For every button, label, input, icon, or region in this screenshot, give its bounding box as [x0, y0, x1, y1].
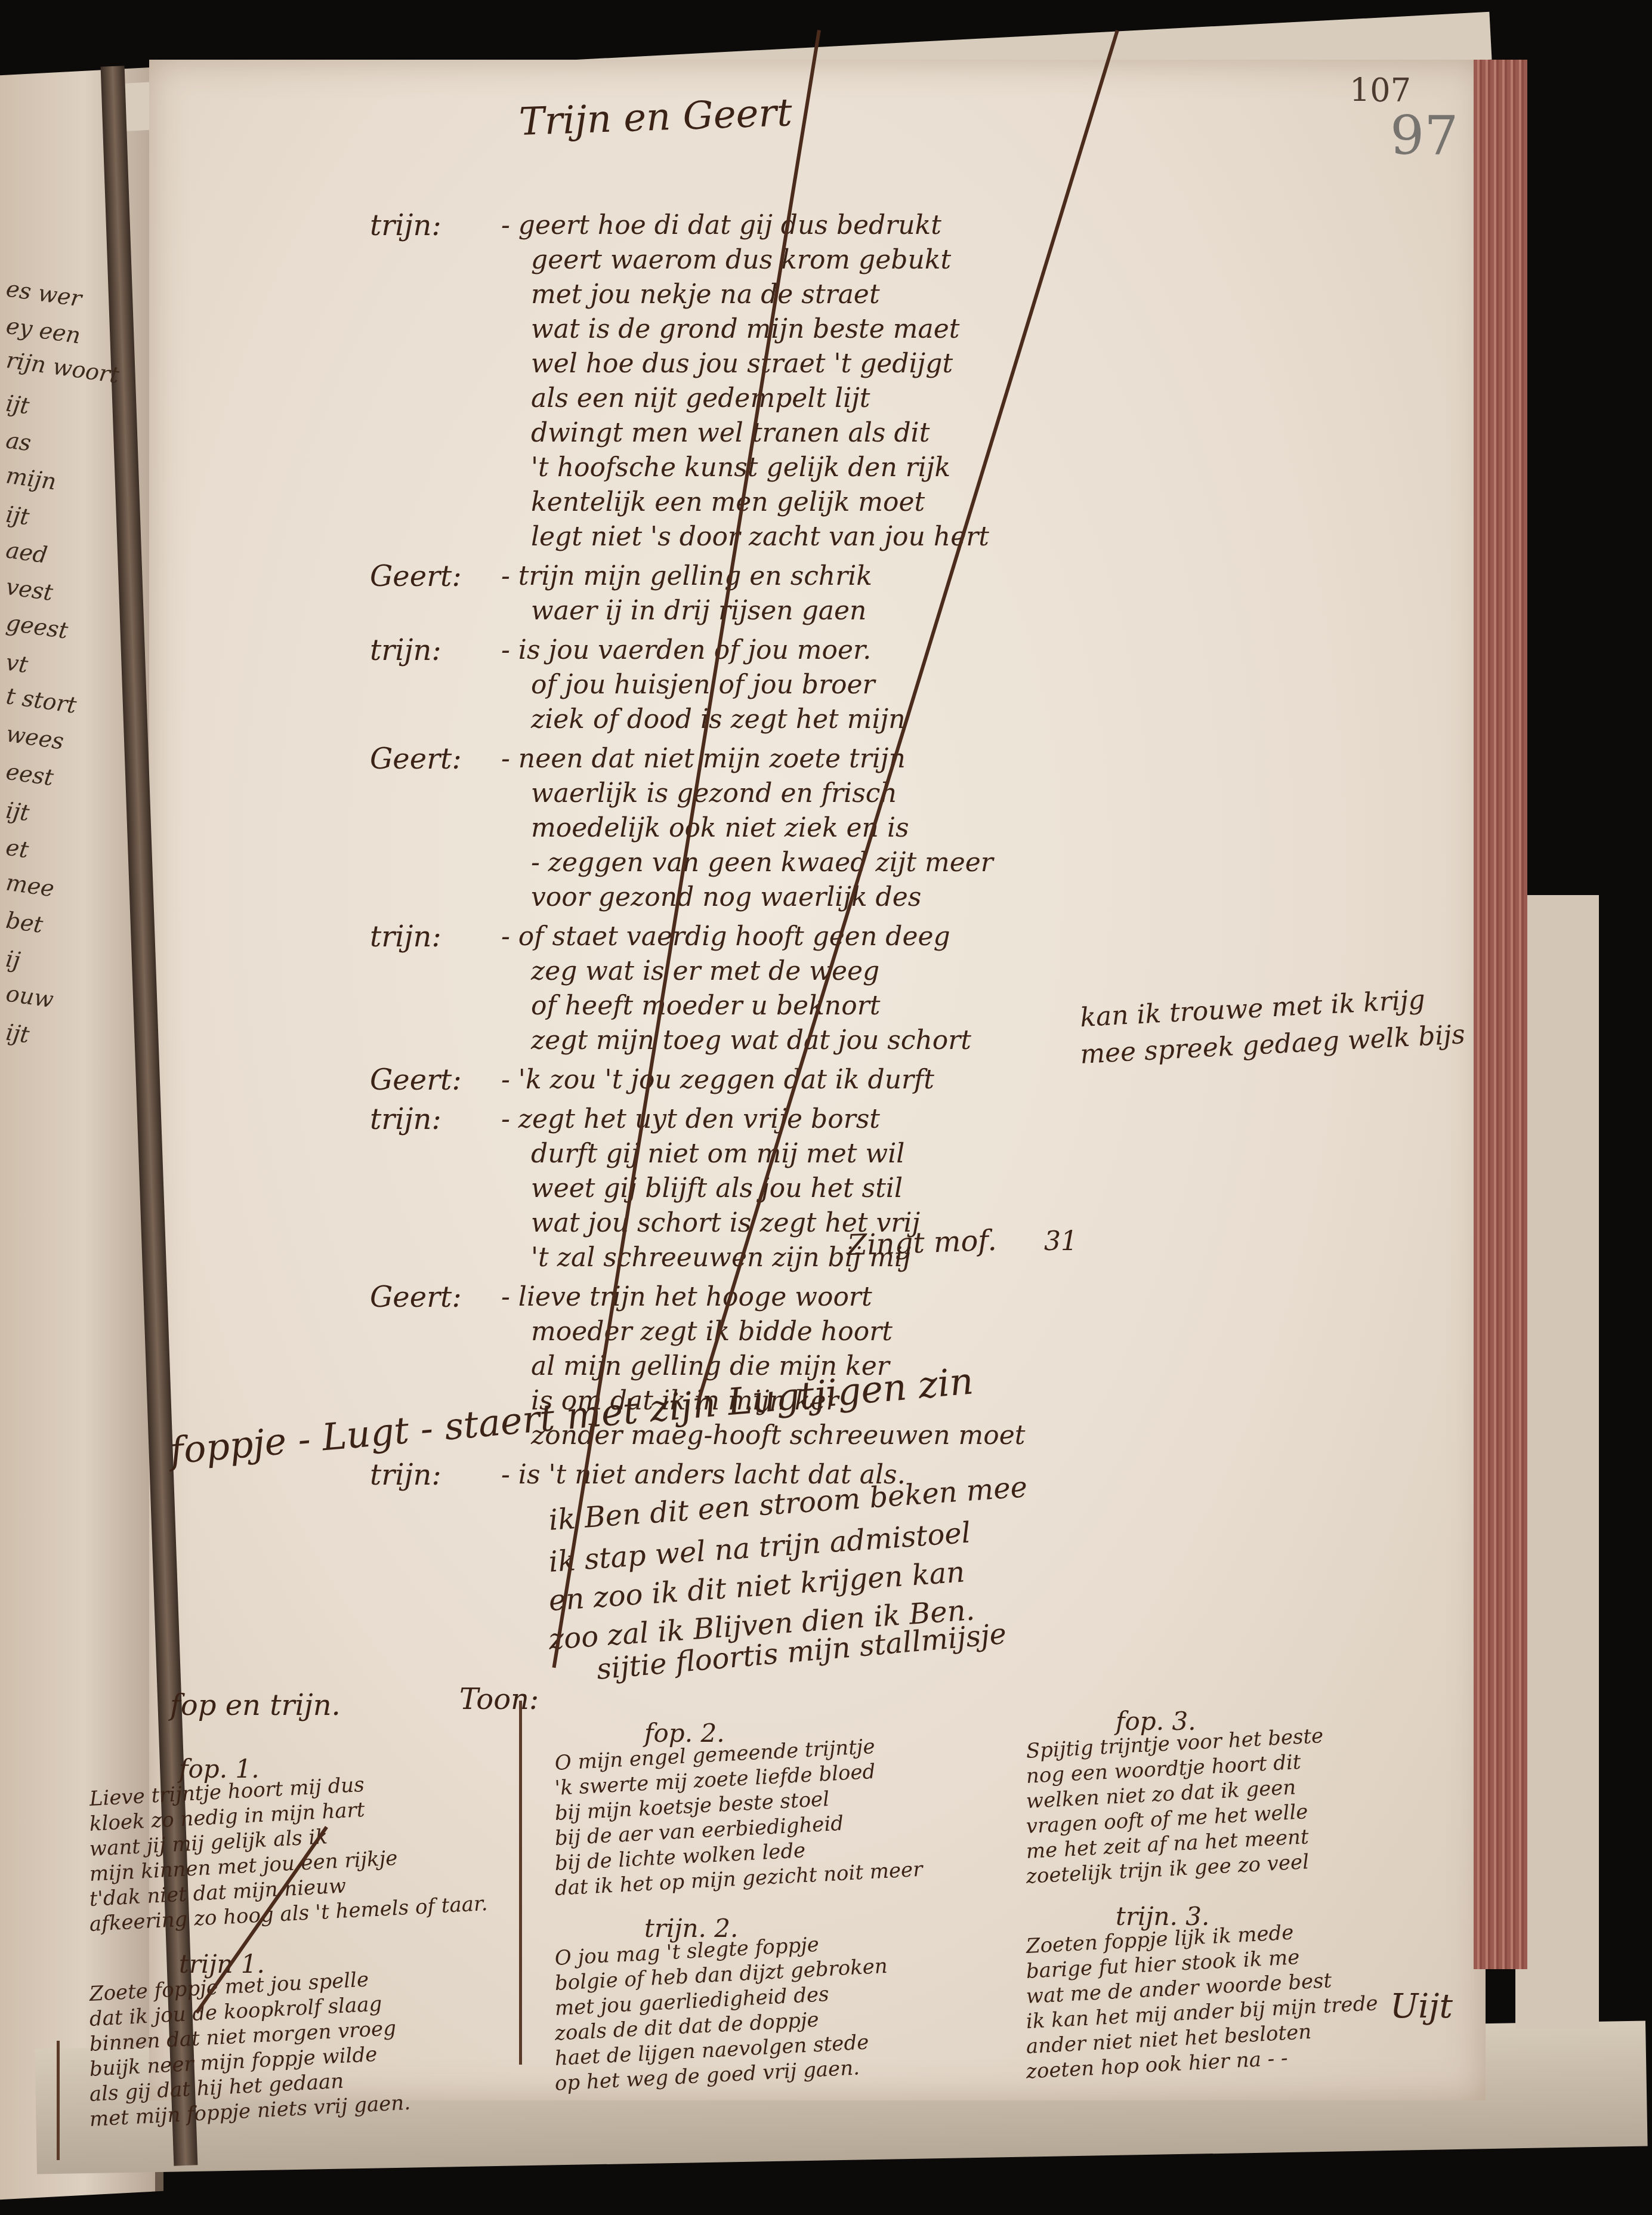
- left-page-fragment: as: [4, 427, 33, 456]
- speaker-label: trijn:: [370, 920, 441, 954]
- exit-cue: Zingt mof.: [847, 1224, 997, 1263]
- song-tune-label: Toon:: [459, 1683, 539, 1716]
- dialogue-line: dwingt men wel tranen als dit: [531, 418, 930, 448]
- dialogue-line: 't hoofsche kunst gelijk den rijk: [531, 452, 950, 483]
- left-page-fragment: ijt: [4, 501, 31, 530]
- final-cue: Uijt: [1390, 1987, 1453, 2026]
- dialogue-line: - lieve trijn het hooge woort: [501, 1282, 872, 1312]
- dialogue-line: zegt mijn toeg wat dat jou schort: [531, 1025, 971, 1056]
- dialogue-line: of heeft moeder u beknort: [531, 991, 880, 1021]
- speaker-label: Geert:: [370, 1063, 462, 1097]
- dialogue-line: moedelijk ook niet ziek en is: [531, 813, 909, 843]
- left-page-fragment: bet: [4, 907, 45, 938]
- dialogue-line: als een nijt gedempelt lijt: [531, 383, 870, 414]
- left-page-fragment: et: [4, 834, 30, 863]
- book-cover-right: [1515, 895, 1599, 2029]
- dialogue-line: durft gij niet om mij met wil: [531, 1139, 904, 1169]
- stanza-box-border-left: [57, 2041, 60, 2160]
- dialogue-line: wel hoe dus jou straet 't gedijgt: [531, 348, 953, 379]
- speaker-label: trijn:: [370, 1103, 441, 1136]
- exit-cue-mark: 31: [1044, 1226, 1077, 1257]
- folio-ink-number: 107: [1350, 72, 1411, 109]
- dialogue-line: geert waerom dus krom gebukt: [531, 245, 951, 275]
- dialogue-line: - is jou vaerden of jou moer.: [501, 635, 871, 665]
- dialogue-line: voor gezond nog waerlijk des: [531, 882, 921, 912]
- dialogue-line: moeder zegt ik bidde hoort: [531, 1316, 893, 1347]
- folio-pencil-number: 97: [1390, 104, 1459, 167]
- song-performers: fop en trijn.: [170, 1689, 341, 1722]
- dialogue-line: weet gij blijft als jou het stil: [531, 1173, 903, 1204]
- dialogue-line: of jou huisjen of jou broer: [531, 670, 875, 700]
- speaker-label: trijn:: [370, 209, 441, 242]
- dialogue-line: ziek of dood is zegt het mijn: [531, 704, 906, 735]
- dialogue-line: met jou nekje na de straet: [531, 279, 880, 310]
- dialogue-line: - of staet vaerdig hooft geen deeg: [501, 921, 950, 952]
- left-page-fragment: ijt: [4, 390, 31, 419]
- dialogue-line: - zeggen van geen kwaed zijt meer: [531, 847, 993, 878]
- dialogue-line: - trijn mijn gelling en schrik: [501, 561, 872, 591]
- left-page-fragment: vt: [4, 649, 30, 678]
- dialogue-line: - geert hoe di dat gij dus bedrukt: [501, 210, 941, 240]
- dialogue-line: kentelijk een men gelijk moet: [531, 487, 925, 517]
- dialogue-line: waerlijk is gezond en frisch: [531, 778, 897, 809]
- left-page-fragment: ijt: [4, 1019, 31, 1048]
- red-page-edges: [1474, 60, 1527, 1969]
- dialogue-line: - 'k zou 't jou zeggen dat ik durft: [501, 1065, 934, 1095]
- stanza-box-border: [519, 1701, 522, 2065]
- dialogue-line: - zegt het uyt den vrije borst: [501, 1104, 880, 1134]
- left-page-fragment: aed: [4, 536, 49, 568]
- speaker-label: Geert:: [370, 742, 462, 776]
- dialogue-line: waer ij in drij rijsen gaen: [531, 596, 866, 626]
- dialogue-line: wat is de grond mijn beste maet: [531, 314, 960, 344]
- speaker-label: Geert:: [370, 560, 462, 593]
- speaker-label: trijn:: [370, 1458, 441, 1492]
- speaker-label: Geert:: [370, 1281, 462, 1314]
- dialogue-line: legt niet 's door zacht van jou hert: [531, 522, 989, 552]
- speaker-label: trijn:: [370, 634, 441, 667]
- left-page-fragment: ijt: [4, 797, 31, 826]
